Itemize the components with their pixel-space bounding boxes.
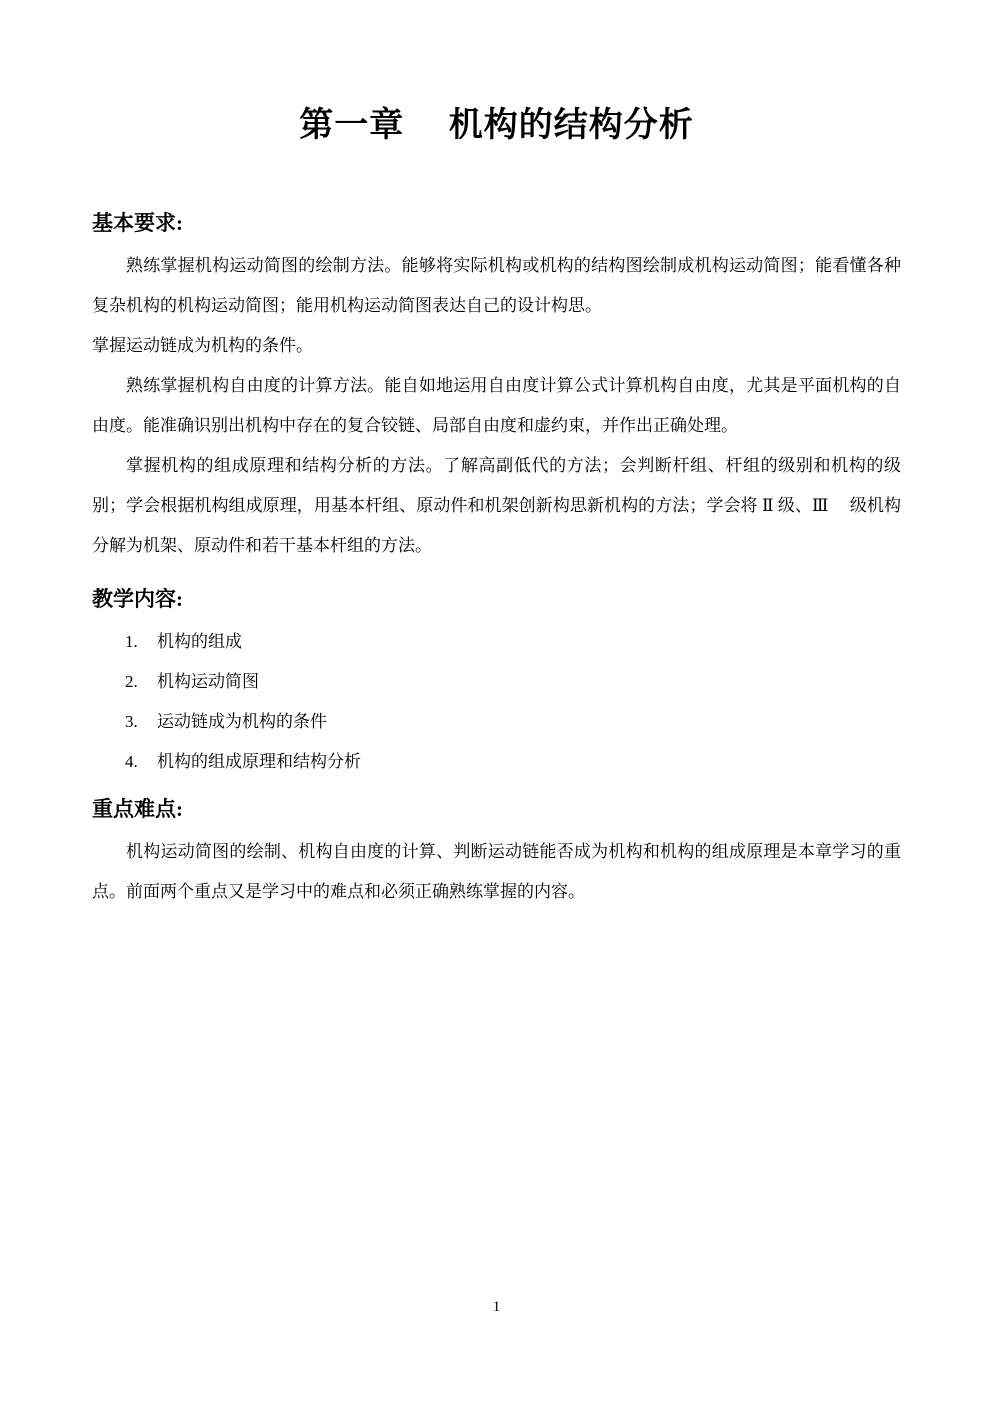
list-item-text: 机构的组成原理和结构分析 bbox=[157, 752, 361, 771]
teaching-content-heading: 教学内容: bbox=[92, 584, 901, 614]
paragraph: 机构运动简图的绘制、机构自由度的计算、判断运动链能否成为机构和机构的组成原理是本… bbox=[92, 832, 901, 912]
basic-requirements-body: 熟练掌握机构运动简图的绘制方法。能够将实际机构或机构的结构图绘制成机构运动简图；… bbox=[92, 246, 901, 566]
list-item: 3.运动链成为机构的条件 bbox=[125, 702, 901, 742]
section-teaching-content: 教学内容: 1.机构的组成 2.机构运动简图 3.运动链成为机构的条件 4.机构… bbox=[92, 584, 901, 782]
teaching-content-list: 1.机构的组成 2.机构运动简图 3.运动链成为机构的条件 4.机构的组成原理和… bbox=[92, 622, 901, 782]
list-item: 4.机构的组成原理和结构分析 bbox=[125, 742, 901, 782]
section-basic-requirements: 基本要求: 熟练掌握机构运动简图的绘制方法。能够将实际机构或机构的结构图绘制成机… bbox=[92, 208, 901, 566]
key-points-heading: 重点难点: bbox=[92, 794, 901, 824]
chapter-title: 第一章 机构的结构分析 bbox=[92, 104, 901, 148]
key-points-body: 机构运动简图的绘制、机构自由度的计算、判断运动链能否成为机构和机构的组成原理是本… bbox=[92, 832, 901, 912]
paragraph: 掌握运动链成为机构的条件。 bbox=[92, 326, 901, 366]
basic-requirements-heading: 基本要求: bbox=[92, 208, 901, 238]
section-key-points: 重点难点: 机构运动简图的绘制、机构自由度的计算、判断运动链能否成为机构和机构的… bbox=[92, 794, 901, 912]
list-number: 1. bbox=[125, 622, 145, 662]
list-item: 2.机构运动简图 bbox=[125, 662, 901, 702]
document-page: 第一章 机构的结构分析 基本要求: 熟练掌握机构运动简图的绘制方法。能够将实际机… bbox=[0, 0, 993, 1404]
list-number: 3. bbox=[125, 702, 145, 742]
list-number: 2. bbox=[125, 662, 145, 702]
list-item-text: 机构的组成 bbox=[157, 632, 242, 651]
list-item-text: 运动链成为机构的条件 bbox=[157, 712, 327, 731]
list-item: 1.机构的组成 bbox=[125, 622, 901, 662]
paragraph: 掌握机构的组成原理和结构分析的方法。了解高副低代的方法；会判断杆组、杆组的级别和… bbox=[92, 446, 901, 566]
list-item-text: 机构运动简图 bbox=[157, 672, 259, 691]
paragraph: 熟练掌握机构运动简图的绘制方法。能够将实际机构或机构的结构图绘制成机构运动简图；… bbox=[92, 246, 901, 326]
page-number: 1 bbox=[0, 1298, 993, 1316]
paragraph: 熟练掌握机构自由度的计算方法。能自如地运用自由度计算公式计算机构自由度，尤其是平… bbox=[92, 366, 901, 446]
list-number: 4. bbox=[125, 742, 145, 782]
